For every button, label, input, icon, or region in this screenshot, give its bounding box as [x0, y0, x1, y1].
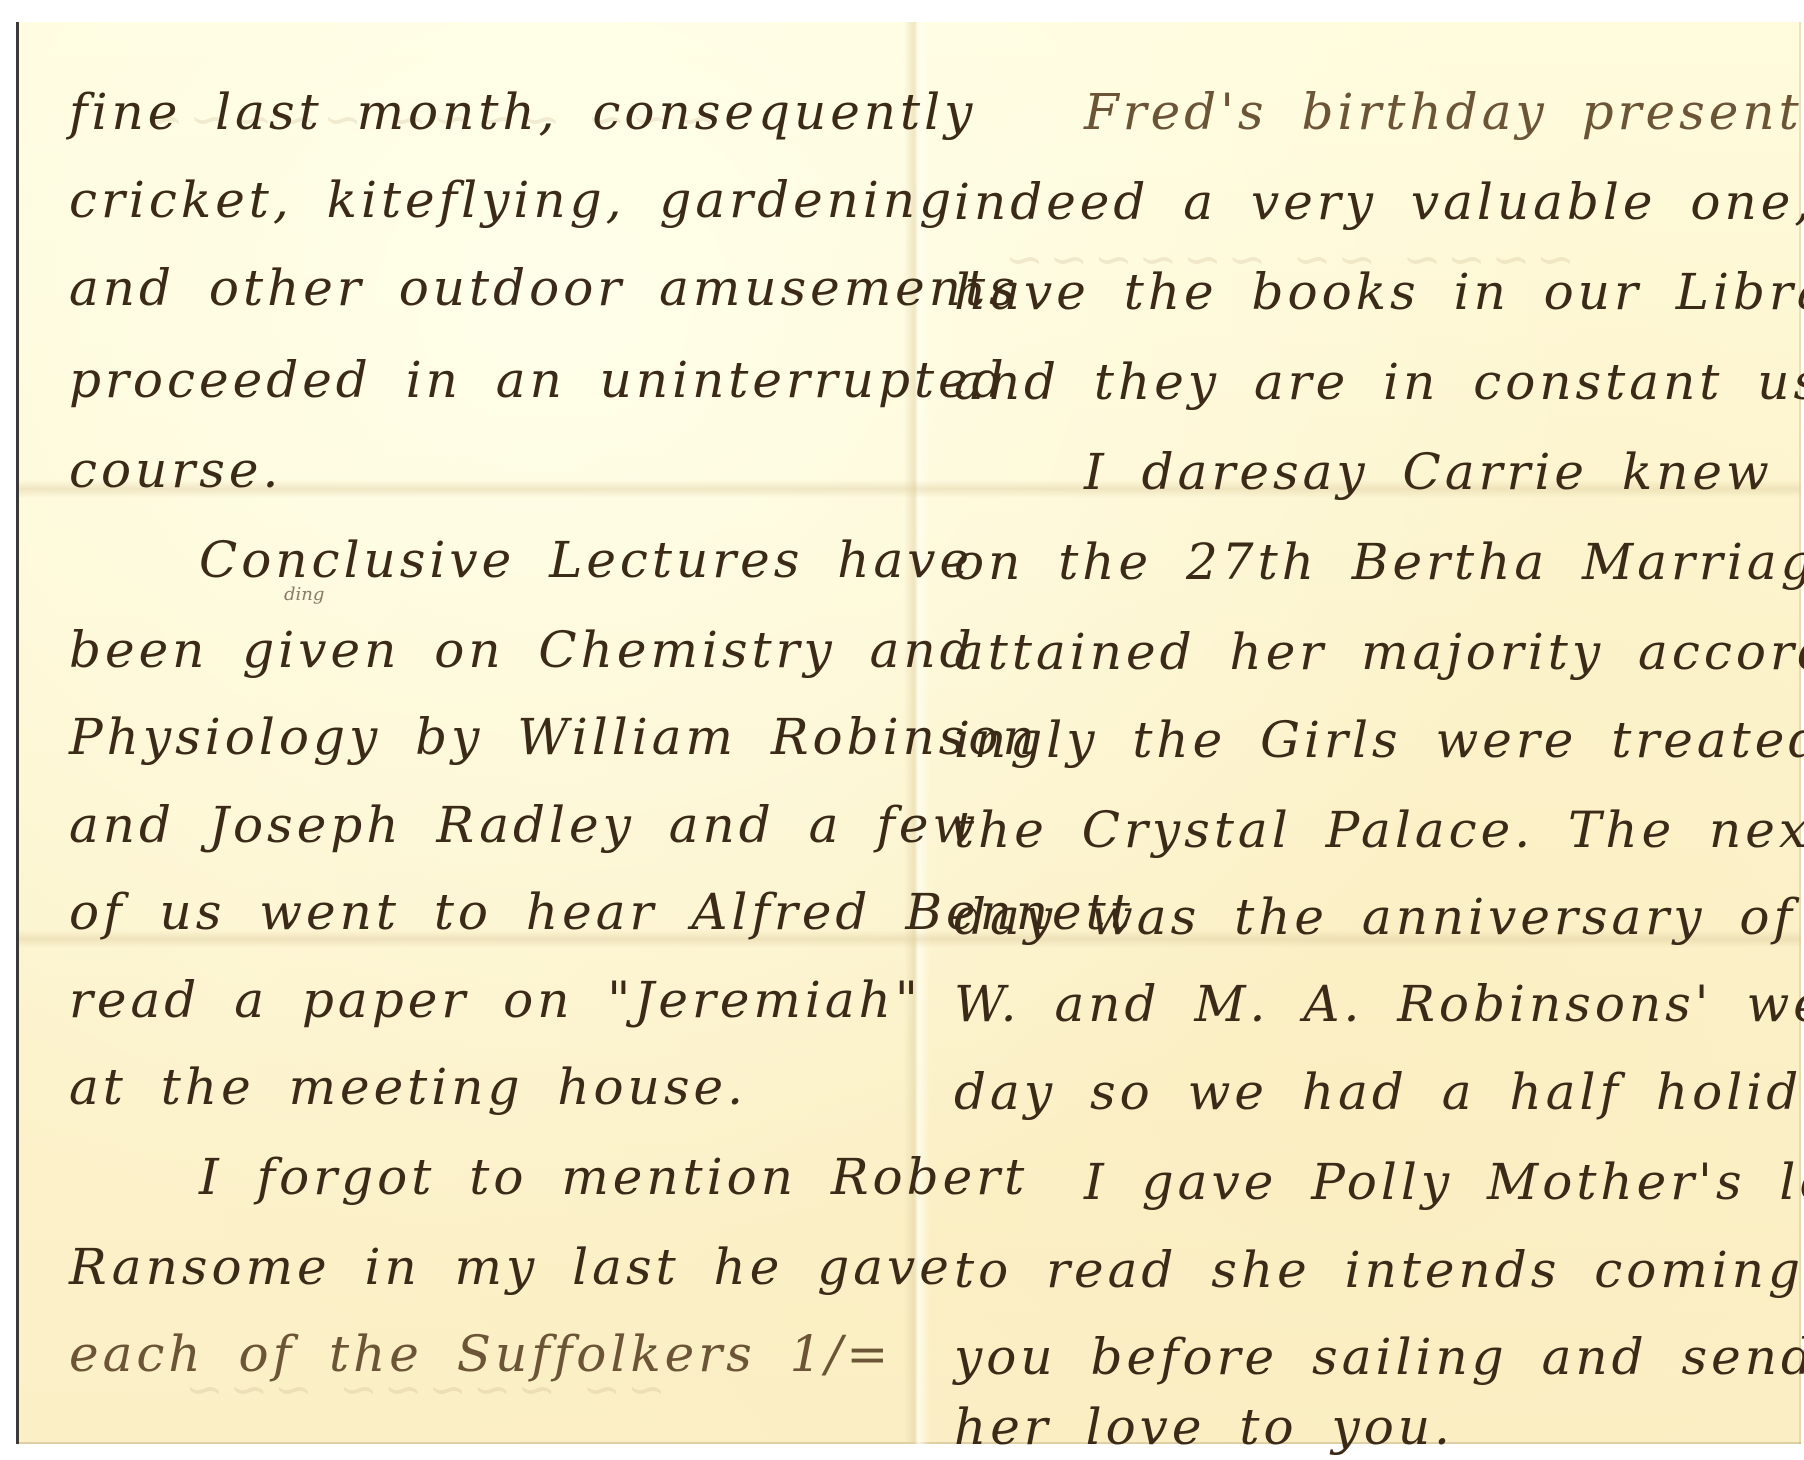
- handwritten-line: each of the Suffolkers 1/=: [69, 1324, 892, 1384]
- handwritten-line: indeed a very valuable one, we: [954, 172, 1804, 232]
- handwritten-line: have the books in our Library: [954, 262, 1804, 322]
- handwritten-line: fine last month, consequently: [69, 82, 976, 142]
- handwritten-line: and they are in constant use.: [954, 352, 1804, 412]
- handwritten-line: ingly the Girls were treated to: [954, 710, 1804, 770]
- handwritten-line: the Crystal Palace. The next: [954, 800, 1804, 860]
- handwritten-line: attained her majority accord-: [954, 622, 1804, 682]
- handwritten-line: course.: [69, 440, 282, 500]
- handwritten-line: I daresay Carrie knew that: [954, 442, 1804, 502]
- handwritten-line: day so we had a half holiday: [954, 1062, 1804, 1122]
- handwritten-line: W. and M. A. Robinsons' wedding: [954, 974, 1804, 1034]
- handwritten-line: been given on Chemistry and: [69, 620, 976, 680]
- handwritten-line: proceeded in an uninterrupted: [69, 350, 1008, 410]
- handwritten-line: I forgot to mention Robert: [69, 1147, 1028, 1207]
- handwritten-line: to read she intends coming to see: [954, 1240, 1804, 1300]
- handwritten-line: and Joseph Radley and a few: [69, 795, 979, 855]
- letter-sheet: ~~~ ~~~~ ~~~~~ ~~~~ ~~ ~~~~~~ ~~ ~~~~~ ~…: [16, 22, 1801, 1444]
- handwritten-line: on the 27th Bertha Marriage: [954, 532, 1804, 592]
- handwritten-line: at the meeting house.: [69, 1057, 747, 1117]
- handwritten-line: Fred's birthday present was: [954, 82, 1804, 142]
- handwritten-line: read a paper on "Jeremiah": [69, 970, 922, 1030]
- handwritten-line: I gave Polly Mother's letter: [954, 1152, 1804, 1212]
- handwritten-line: you before sailing and sends: [954, 1327, 1804, 1387]
- handwritten-line: her love to you.: [954, 1397, 1454, 1457]
- handwritten-line: Conclusive Lectures have: [69, 530, 973, 590]
- handwritten-line: cricket, kiteflying, gardening: [69, 170, 955, 230]
- handwritten-line: and other outdoor amusements: [69, 258, 1019, 318]
- pencil-insertion: ding: [284, 584, 324, 605]
- handwritten-line: Ransome in my last he gave: [69, 1237, 953, 1297]
- handwritten-line: day was the anniversary of: [954, 887, 1796, 947]
- handwritten-line: Physiology by William Robinson: [69, 707, 1039, 767]
